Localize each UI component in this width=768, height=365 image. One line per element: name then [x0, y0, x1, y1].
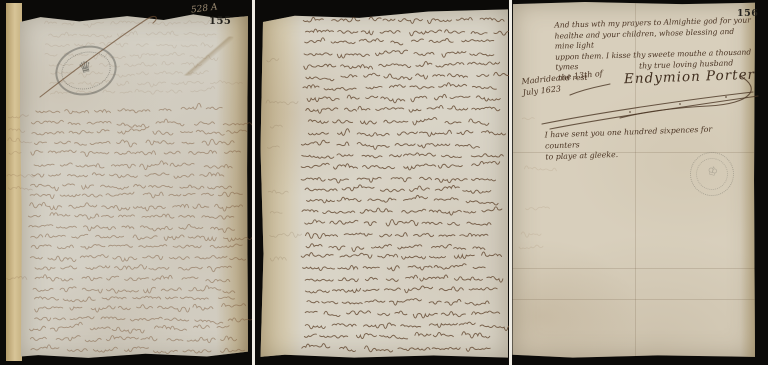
handwriting-line	[35, 275, 230, 283]
handwriting-line	[301, 140, 479, 149]
handwriting-line	[304, 332, 489, 339]
handwriting-line	[521, 232, 541, 237]
handwriting-line	[301, 161, 500, 169]
handwriting-line	[45, 20, 212, 27]
handwriting-line	[305, 286, 497, 293]
handwriting-line	[303, 83, 496, 91]
handwriting-line	[303, 17, 504, 23]
handwriting-line	[8, 186, 32, 190]
handwriting-line	[304, 50, 494, 58]
handwriting-line	[270, 257, 286, 261]
handwriting-line	[306, 105, 500, 113]
handwriting-line	[30, 336, 236, 343]
handwriting-line	[526, 207, 550, 210]
handwriting-line	[30, 192, 242, 199]
ink-dot	[629, 111, 631, 113]
handwriting-line	[35, 304, 246, 313]
handwriting-line	[305, 38, 494, 45]
handwriting-line	[270, 232, 302, 237]
handwriting-line	[267, 58, 279, 61]
manuscript-scan: ♛ 528 A 155	[0, 0, 768, 365]
handwriting-line	[307, 195, 499, 205]
handwriting-line	[307, 94, 500, 102]
handwriting-line	[302, 344, 490, 352]
handwriting-line	[35, 139, 235, 147]
handwriting-line	[31, 150, 241, 156]
handwriting-line	[33, 286, 235, 294]
folio-number-155: 155	[209, 16, 231, 27]
ink-dot	[725, 96, 727, 98]
handwriting-line	[30, 202, 243, 211]
handwriting-line	[31, 234, 252, 242]
handwriting-line	[9, 115, 29, 118]
handwriting-line	[266, 100, 298, 105]
handwriting-line	[31, 345, 245, 354]
emblem-icon: ♔	[691, 159, 735, 183]
handwriting-line	[305, 185, 491, 193]
handwriting-line	[9, 151, 21, 154]
handwriting-line	[302, 153, 504, 158]
handwriting-line	[34, 161, 232, 170]
handwriting-lines-left	[0, 0, 252, 365]
handwriting-line	[306, 29, 510, 36]
handwriting-line	[305, 311, 500, 318]
underline-flourish	[542, 92, 753, 124]
handwriting-lines-middle	[255, 0, 509, 365]
handwriting-line	[267, 146, 279, 148]
handwriting-line	[304, 62, 500, 70]
handwriting-line	[306, 72, 509, 80]
handwriting-line	[30, 322, 230, 333]
handwriting-line	[305, 220, 491, 226]
page-156-panel: 156 And thus wth my prayers to Almightie…	[512, 0, 768, 365]
handwriting-line	[49, 31, 216, 38]
handwriting-line	[29, 224, 235, 232]
handwriting-line	[28, 213, 233, 220]
ink-dot	[679, 103, 681, 105]
handwriting-line	[306, 244, 485, 252]
handwriting-line	[32, 173, 224, 179]
handwriting-line	[7, 174, 35, 177]
handwriting-line	[30, 255, 245, 262]
handwriting-line	[524, 166, 556, 171]
handwriting-line	[519, 245, 543, 249]
handwriting-line	[8, 138, 32, 143]
handwriting-line	[9, 129, 25, 133]
handwriting-line	[7, 276, 27, 279]
handwriting-line	[303, 264, 486, 271]
handwriting-line	[306, 233, 488, 239]
handwriting-line	[35, 296, 235, 302]
handwriting-line	[301, 252, 501, 259]
handwriting-line	[35, 317, 252, 324]
handwriting-line	[270, 211, 282, 213]
handwriting-line	[31, 244, 242, 249]
handwriting-line	[308, 117, 489, 125]
handwriting-line	[522, 118, 534, 120]
handwriting-line	[35, 265, 231, 272]
handwriting-line	[302, 207, 502, 215]
handwriting-line	[305, 322, 509, 330]
handwriting-line	[268, 190, 288, 194]
handwriting-line	[305, 275, 503, 282]
page-155-panel: ♛ 528 A 155	[0, 0, 252, 365]
letter-body-panel	[255, 0, 509, 365]
handwriting-line	[36, 103, 222, 113]
handwriting-line	[308, 129, 505, 137]
handwriting-line	[270, 125, 282, 128]
handwriting-line	[32, 129, 247, 136]
handwriting-line	[307, 299, 489, 306]
handwriting-line	[45, 42, 213, 48]
crown-icon: ♛	[55, 51, 116, 82]
handwriting-line	[31, 119, 252, 128]
handwriting-line	[31, 184, 232, 191]
handwriting-line	[301, 177, 495, 183]
